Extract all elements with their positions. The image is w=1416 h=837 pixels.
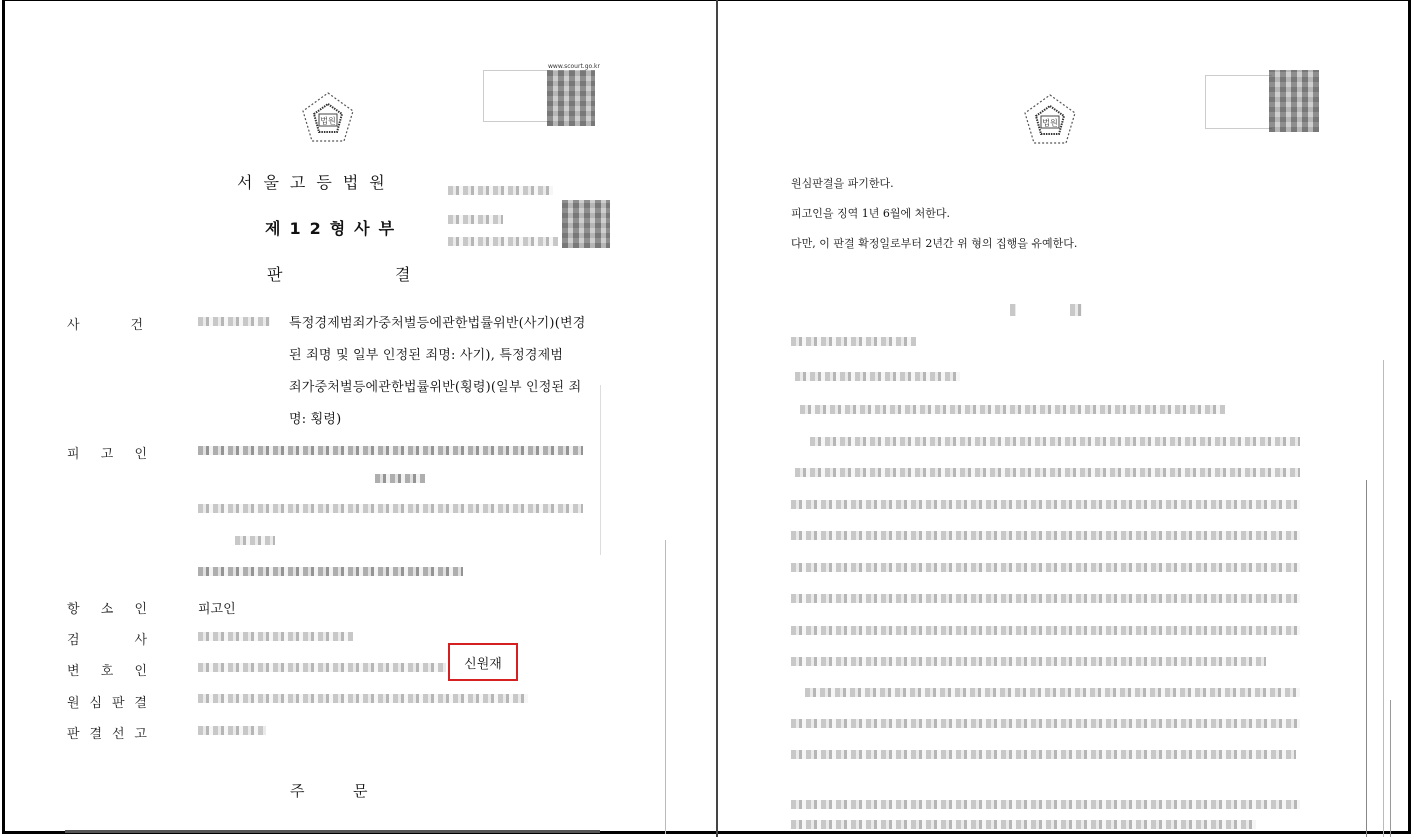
field-label-counsel: 변호인 — [67, 660, 147, 679]
page-divider — [716, 0, 718, 837]
scan-artifact — [1383, 360, 1384, 837]
redacted-paragraph-line — [791, 594, 1300, 603]
redacted-paragraph-line — [791, 657, 1266, 666]
order-line-1: 원심판결을 파기한다. — [791, 175, 894, 191]
court-name: 서울고등법원 — [237, 170, 396, 193]
field-label-case: 사건 — [67, 314, 143, 333]
case-title-line: 죄가중처벌등에관한법률위반(횡령)(일부 인정된 죄 — [289, 376, 581, 395]
field-label-appellant: 항소인 — [67, 598, 147, 617]
order-line-2: 피고인을 징역 1년 6월에 처한다. — [791, 205, 950, 221]
scan-artifact — [665, 540, 666, 834]
redacted-paragraph-line — [791, 500, 1300, 509]
scan-artifact — [600, 385, 601, 555]
redacted-paragraph-line — [795, 468, 1300, 477]
court-emblem-icon: 법원 — [1022, 92, 1078, 146]
header-url: www.scourt.go.kr — [548, 63, 600, 70]
redacted-lower-judgment — [198, 694, 528, 703]
redacted-paragraph-line — [791, 750, 1296, 759]
svg-text:법원: 법원 — [320, 116, 335, 126]
redacted-heading — [791, 337, 916, 346]
qr-code-redacted — [1269, 70, 1319, 132]
redacted-defendant-info — [375, 474, 425, 483]
redacted-heading — [795, 372, 960, 381]
scan-artifact — [65, 830, 600, 833]
court-emblem-icon: 법원 — [300, 90, 356, 144]
redacted-case-info — [448, 186, 553, 195]
field-label-defendant: 피고인 — [67, 443, 147, 462]
redacted-defendant-address — [235, 536, 275, 545]
redacted-paragraph-line — [791, 563, 1300, 572]
redacted-paragraph-line — [791, 531, 1300, 540]
division-name: 제12형사부 — [265, 216, 403, 239]
redacted-footnote-line — [791, 820, 1256, 829]
redacted-section-title — [1010, 304, 1016, 316]
redacted-paragraph-line — [810, 437, 1300, 446]
redacted-defendant-info — [198, 446, 583, 455]
redacted-case-number — [198, 317, 270, 326]
judgment-page-1: 법원 www.scourt.go.kr 서울고등법원 제12형사부 판 결 사건… — [5, 0, 715, 834]
judgment-page-2: 법원 — [719, 0, 1407, 834]
redacted-defendant-address — [198, 504, 583, 513]
field-label-lower-judgment: 원심판결 — [67, 692, 147, 711]
case-title-line: 명: 횡령) — [289, 408, 341, 427]
qr-code-redacted — [562, 200, 610, 248]
field-label-sentencing-date: 판결선고 — [67, 723, 147, 742]
case-title-line: 된 죄명 및 일부 인정된 죄명: 사기), 특정경제범 — [289, 344, 563, 363]
field-label-prosecutor: 검사 — [67, 629, 147, 648]
redacted-law-firm — [198, 663, 446, 672]
redacted-defendant-registry — [198, 567, 463, 576]
scan-artifact — [1366, 480, 1367, 837]
redacted-paragraph-line — [800, 405, 1225, 414]
redacted-prosecutor — [198, 632, 353, 641]
redacted-section-title — [1070, 304, 1082, 316]
redacted-sentencing-date — [198, 726, 266, 735]
redacted-case-info — [448, 237, 558, 246]
case-title-line: 특정경제범죄가중처벌등에관한법률위반(사기)(변경 — [289, 312, 586, 331]
redacted-paragraph-line — [791, 626, 1300, 635]
highlighted-counsel-name[interactable]: 신원재 — [448, 643, 518, 681]
svg-text:법원: 법원 — [1042, 118, 1057, 128]
section-title-order: 문 — [353, 780, 368, 801]
redacted-case-info — [448, 215, 503, 224]
qr-code-redacted — [547, 70, 595, 126]
section-title-order: 주 — [290, 780, 305, 801]
scan-artifact — [1390, 700, 1391, 837]
appellant-value: 피고인 — [198, 598, 236, 617]
document-type: 판 결 — [267, 262, 417, 282]
order-line-3: 다만, 이 판결 확정일로부터 2년간 위 형의 집행을 유예한다. — [791, 235, 1077, 251]
redacted-paragraph-line — [805, 688, 1300, 697]
redacted-paragraph-line — [791, 719, 1300, 728]
redacted-footnote-line — [791, 800, 1300, 809]
